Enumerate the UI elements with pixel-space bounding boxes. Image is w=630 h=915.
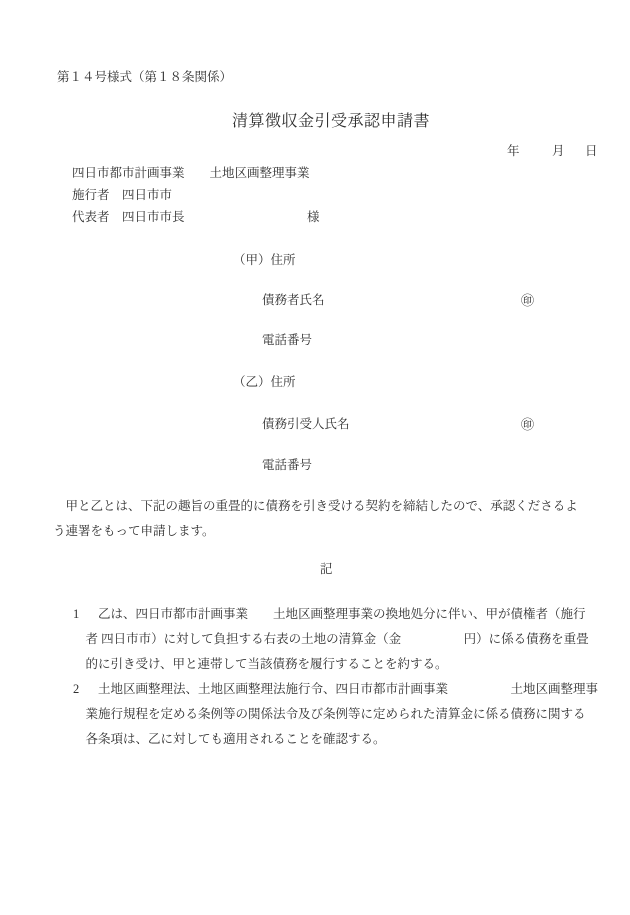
party-b-name-label: 債務引受人氏名: [262, 417, 350, 432]
item-1-text: 乙は、四日市都市計画事業 土地区画整理事業の換地処分に伴い、甲が債権者（施行 者…: [86, 607, 589, 671]
item-1-number: 1: [73, 602, 98, 627]
party-b-phone-label: 電話番号: [262, 458, 312, 473]
form-number: 第１４号様式（第１８条関係）: [57, 70, 232, 85]
party-b-seal-icon: ㊞: [521, 417, 534, 432]
document-page: 第１４号様式（第１８条関係） 清算徴収金引受承認申請書 年 月 日 四日市都市計…: [0, 0, 630, 915]
honorific-sama: 様: [307, 210, 320, 225]
party-a-address-label: （甲）住所: [233, 253, 296, 268]
list-heading-ki: 記: [320, 562, 333, 577]
party-b-address-label: （乙）住所: [233, 375, 296, 390]
party-a-name-label: 債務者氏名: [262, 293, 325, 308]
party-a-phone-label: 電話番号: [262, 333, 312, 348]
item-2-number: 2: [73, 677, 98, 702]
document-title: 清算徴収金引受承認申請書: [232, 114, 430, 129]
representative-line: 代表者 四日市市長: [72, 210, 185, 225]
list-item-2: 2土地区画整理法、土地区画整理法施行令、四日市都市計画事業 土地区画整理事 業施…: [86, 677, 602, 752]
operator-line: 施行者 四日市市: [72, 188, 172, 203]
item-2-text: 土地区画整理法、土地区画整理法施行令、四日市都市計画事業 土地区画整理事 業施行…: [86, 682, 599, 746]
date-year-label: 年: [507, 144, 520, 159]
date-month-label: 月: [552, 144, 565, 159]
party-a-seal-icon: ㊞: [521, 293, 534, 308]
item-list: 1乙は、四日市都市計画事業 土地区画整理事業の換地処分に伴い、甲が債権者（施行 …: [86, 602, 602, 752]
request-paragraph: 甲と乙とは、下記の趣旨の重畳的に債務を引き受ける契約を締結したので、承認くださる…: [53, 494, 593, 544]
list-item-1: 1乙は、四日市都市計画事業 土地区画整理事業の換地処分に伴い、甲が債権者（施行 …: [86, 602, 602, 677]
date-day-label: 日: [585, 144, 598, 159]
project-line: 四日市都市計画事業 土地区画整理事業: [72, 166, 310, 181]
